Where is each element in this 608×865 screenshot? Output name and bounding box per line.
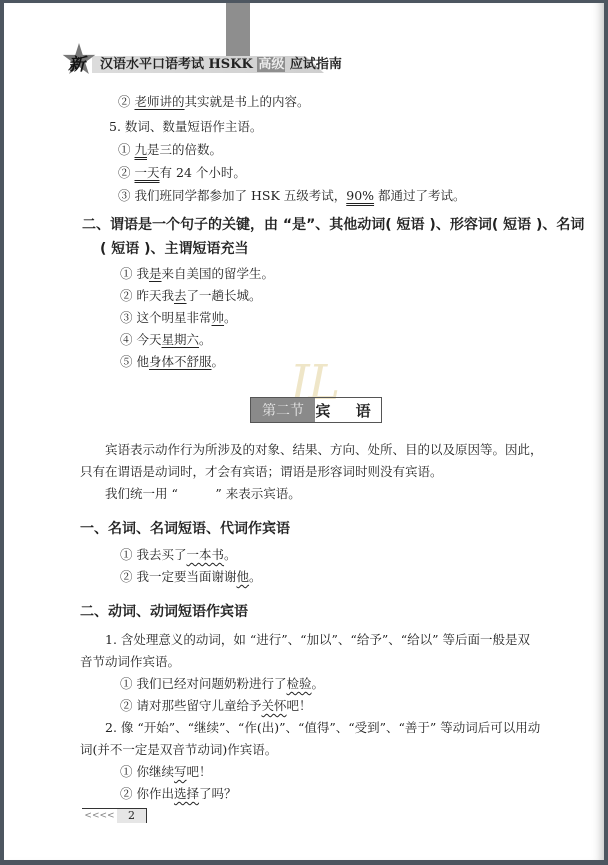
item-number: ②	[118, 94, 131, 109]
example-line: ① 我们已经对问题奶粉进行了检验。	[120, 675, 324, 693]
example-text: 他	[137, 354, 150, 369]
section-heading-predicate: 二、谓语是一个句子的关键，由 “是”、其他动词( 短语 )、形容词( 短语 )、…	[82, 214, 584, 236]
example-line: ⑤ 他身体不舒服。	[120, 353, 224, 371]
item-number: ①	[120, 676, 133, 691]
example-text: 。	[212, 354, 225, 369]
example-line: ① 你继续写吧！	[120, 763, 212, 781]
example-text: 。	[224, 310, 237, 325]
example-line: ② 一天有 24 个小时。	[118, 164, 246, 182]
intro-text: 我们统一用 “	[105, 486, 178, 501]
example-text: 这个明星非常	[137, 310, 212, 325]
example-text: 是三的倍数。	[147, 142, 222, 157]
item-number: ①	[120, 547, 133, 562]
item-number: ①	[118, 142, 131, 157]
section-title: 宾 语	[315, 398, 381, 422]
header-title-prefix: 汉语水平口语考试 HSKK	[100, 57, 257, 72]
example-text: 来自美国的留学生。	[162, 266, 275, 281]
example-line: ② 老师讲的其实就是书上的内容。	[118, 93, 310, 111]
point-1: 1. 含处理意义的动词，如 “进行”、“加以”、“给予”、“给以” 等后面一般是…	[105, 631, 530, 649]
object-underlined: 选择	[174, 786, 199, 801]
item-number: ③	[118, 188, 131, 203]
page-number: 2	[117, 809, 146, 823]
example-text: 今天	[137, 332, 162, 347]
example-line: ④ 今天星期六。	[120, 331, 212, 349]
item-number: ②	[118, 165, 131, 180]
subject-underlined: 90%	[346, 188, 374, 203]
item-number: ①	[120, 266, 133, 281]
example-text: 。	[224, 547, 237, 562]
example-line: ③ 这个明星非常帅。	[120, 309, 237, 327]
example-text: 其实就是书上的内容。	[185, 94, 310, 109]
example-text: 请对那些留守儿童给予	[137, 698, 262, 713]
example-line: ② 我一定要当面谢谢他。	[120, 568, 262, 586]
example-text: 我去买了	[137, 547, 187, 562]
object-mark-sample: ______	[178, 486, 216, 501]
example-text: 你继续	[137, 764, 175, 779]
item-number: ①	[120, 764, 133, 779]
example-line: ① 我是来自美国的留学生。	[120, 265, 274, 283]
item-number: ②	[120, 786, 133, 801]
item-number: ②	[120, 569, 133, 584]
example-text: 了吗？	[199, 786, 237, 801]
intro-text: ” 来表示宾语。	[215, 486, 300, 501]
page-footer: <<<< 2	[82, 808, 147, 823]
header-title-highlight: 高级	[257, 57, 285, 72]
example-line: ② 昨天我去了一趟长城。	[120, 287, 262, 305]
item-number: ②	[120, 288, 133, 303]
section-number: 第二节	[251, 398, 315, 422]
example-text: 。	[199, 332, 212, 347]
predicate-underlined: 星期六	[162, 332, 200, 347]
example-text: 。	[249, 569, 262, 584]
example-text: 你作出	[137, 786, 175, 801]
predicate-underlined: 是	[149, 266, 162, 281]
header-title-suffix: 应试指南	[285, 57, 342, 72]
example-text: 吧！	[287, 698, 312, 713]
intro-para-cont: 只有在谓语是动词时，才会有宾语；谓语是形容词时则没有宾语。	[80, 463, 443, 481]
example-text: 昨天我	[137, 288, 175, 303]
example-text: 都通过了考试。	[374, 188, 465, 203]
example-line: ③ 我们班同学都参加了 HSK 五级考试，90% 都通过了考试。	[118, 187, 466, 205]
item-number: ④	[120, 332, 133, 347]
section-heading-predicate-cont: ( 短语 )、主谓短语充当	[100, 238, 249, 260]
subject-underlined: 九	[135, 142, 148, 157]
predicate-underlined: 帅	[212, 310, 225, 325]
object-underlined: 检验	[287, 676, 312, 691]
example-text: 我们班同学都参加了 HSK 五级考试，	[135, 188, 347, 203]
example-line: ② 你作出选择了吗？	[120, 785, 237, 803]
section-title-box: 第二节 宾 语	[250, 397, 382, 423]
item-number: ③	[120, 310, 133, 325]
object-underlined: 写	[174, 764, 187, 779]
object-underlined: 他	[237, 569, 250, 584]
point-1-cont: 音节动词作宾语。	[80, 653, 180, 671]
example-text: 我一定要当面谢谢	[137, 569, 237, 584]
example-text: 我	[137, 266, 150, 281]
example-text: 吧！	[187, 764, 212, 779]
item-number: ②	[120, 698, 133, 713]
subject-underlined: 一天	[135, 165, 160, 180]
section-heading-verb-object: 二、动词、动词短语作宾语	[80, 601, 248, 623]
example-text: 有 24 个小时。	[160, 165, 246, 180]
predicate-underlined: 身体不舒服	[149, 354, 212, 369]
header-star-char: 新	[68, 50, 85, 75]
intro-para-2: 我们统一用 “______” 来表示宾语。	[105, 485, 301, 503]
book-page: 新 汉语水平口语考试 HSKK 高级 应试指南 ② 老师讲的其实就是书上的内容。…	[4, 3, 604, 860]
object-underlined: 关怀	[262, 698, 287, 713]
point-2: 2. 像 “开始”、“继续”、“作(出)”、“值得”、“受到”、“善于” 等动词…	[105, 719, 540, 737]
example-line: ① 我去买了一本书。	[120, 546, 237, 564]
chevrons-left-icon: <<<<	[82, 809, 117, 823]
predicate-underlined: 去	[174, 288, 187, 303]
intro-para: 宾语表示动作行为所涉及的对象、结果、方向、处所、目的以及原因等。因此，	[105, 441, 543, 459]
example-text: 。	[312, 676, 325, 691]
item-number: ⑤	[120, 354, 133, 369]
point-5: 5. 数词、数量短语作主语。	[109, 118, 262, 136]
object-underlined: 一本书	[187, 547, 225, 562]
subject-underlined: 老师讲的	[135, 94, 185, 109]
example-line: ① 九是三的倍数。	[118, 141, 222, 159]
point-2-cont: 词(并不一定是双音节动词)作宾语。	[80, 741, 277, 759]
example-line: ② 请对那些留守儿童给予关怀吧！	[120, 697, 312, 715]
example-text: 了一趟长城。	[187, 288, 262, 303]
example-text: 我们已经对问题奶粉进行了	[137, 676, 287, 691]
running-header: 汉语水平口语考试 HSKK 高级 应试指南	[100, 56, 342, 73]
section-heading-noun-object: 一、名词、名词短语、代词作宾语	[80, 518, 290, 540]
